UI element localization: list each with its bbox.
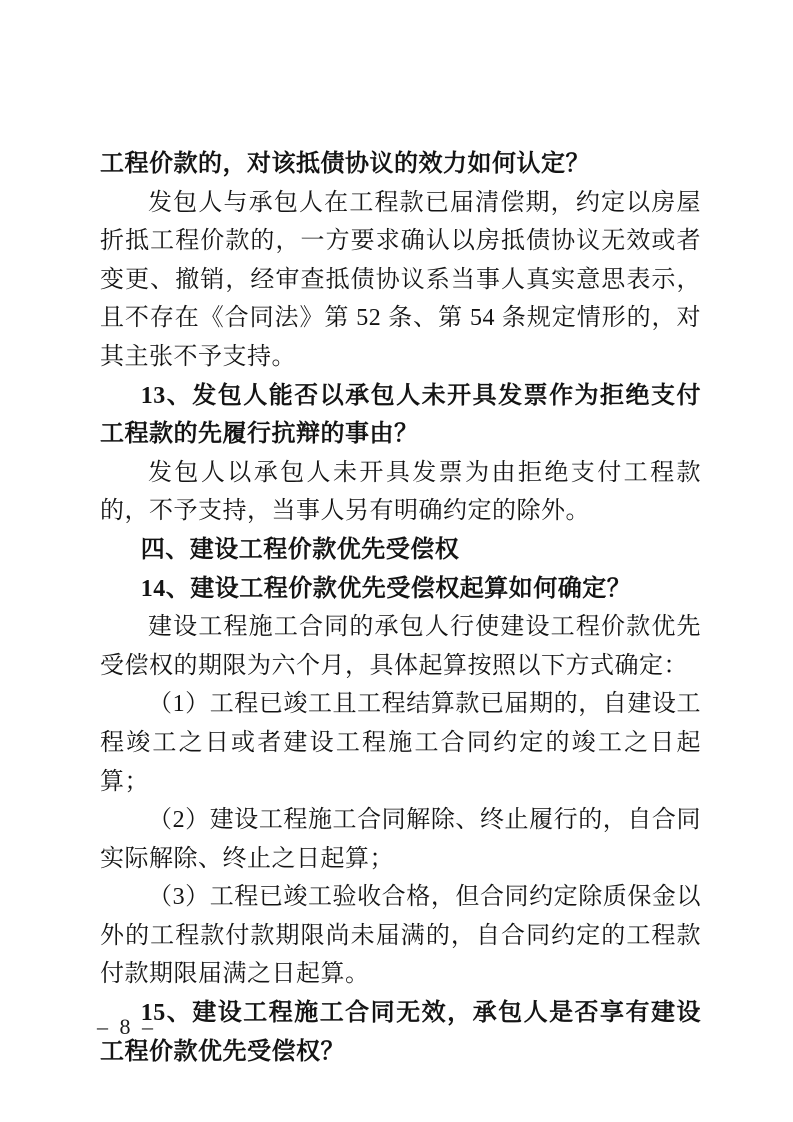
question-15-heading: 15、建设工程施工合同无效，承包人是否享有建设工程价款优先受偿权？ [100, 994, 701, 1071]
answer-item-3: （3）工程已竣工验收合格，但合同约定除质保金以外的工程款付款期限尚未届满的，自合… [100, 878, 701, 994]
answer-item-1: （1）工程已竣工且工程结算款已届期的，自建设工程竣工之日或者建设工程施工合同约定… [100, 685, 701, 801]
answer-item-2: （2）建设工程施工合同解除、终止履行的，自合同实际解除、终止之日起算； [100, 801, 701, 878]
answer-paragraph: 发包人与承包人在工程款已届清偿期，约定以房屋折抵工程价款的，一方要求确认以房抵债… [100, 184, 701, 377]
answer-paragraph: 发包人以承包人未开具发票为由拒绝支付工程款的，不予支持，当事人另有明确约定的除外… [100, 454, 701, 531]
answer-paragraph: 建设工程施工合同的承包人行使建设工程价款优先受偿权的期限为六个月，具体起算按照以… [100, 608, 701, 685]
section-4-heading: 四、建设工程价款优先受偿权 [100, 531, 701, 570]
question-13-heading: 13、发包人能否以承包人未开具发票作为拒绝支付工程款的先履行抗辩的事由？ [100, 377, 701, 454]
document-body: 工程价款的，对该抵债协议的效力如何认定？ 发包人与承包人在工程款已届清偿期，约定… [100, 145, 701, 1071]
page-number: – 8 – [97, 1013, 156, 1041]
question-14-heading: 14、建设工程价款优先受偿权起算如何确定？ [100, 570, 701, 609]
document-page: 工程价款的，对该抵债协议的效力如何认定？ 发包人与承包人在工程款已届清偿期，约定… [0, 0, 793, 1122]
question-heading-continued: 工程价款的，对该抵债协议的效力如何认定？ [100, 145, 701, 184]
